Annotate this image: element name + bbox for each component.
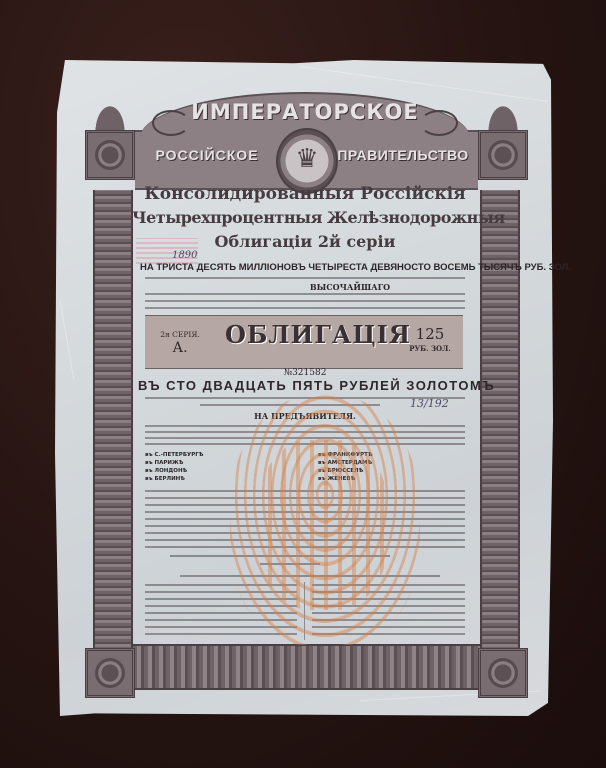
denomination-unit: РУБ. ЗОЛ. [400, 344, 460, 353]
payment-city: въ БЕРЛИНѢ [145, 476, 185, 482]
fine-print-line [145, 293, 465, 295]
left-finial-ornament [93, 102, 127, 132]
series-label: 2я СЕРІЯ. [150, 330, 210, 339]
double-headed-eagle-icon: ♛ [278, 144, 336, 174]
payment-city: въ ПАРИЖѢ [145, 460, 183, 466]
left-ornamental-border [93, 190, 133, 690]
issue-total-text: НА ТРИСТА ДЕСЯТЬ МИЛЛІОНОВЪ ЧЕТЫРЕСТА ДЕ… [140, 262, 470, 273]
corner-rosette-icon [478, 130, 528, 180]
handwritten-note: 13/192 [410, 397, 449, 410]
amount-in-words: ВЪ СТО ДВАДЦАТЬ ПЯТЬ РУБЛЕЙ ЗОЛОТОМЪ [138, 378, 472, 393]
bond-title: ОБЛИГАЦІЯ [225, 320, 385, 349]
bottom-ornamental-border [133, 644, 480, 690]
corner-rosette-icon [85, 648, 135, 698]
title-consolidated: Консолидированныя Россійскія [140, 184, 470, 204]
denomination-value: 125 [400, 325, 460, 343]
authority-text: ВЫСОЧАЙШАГО [290, 282, 410, 292]
right-finial-ornament [486, 102, 520, 132]
fine-print-line [145, 300, 465, 302]
header-line-russian: РОССІЙСКОЕ [140, 147, 274, 163]
corner-rosette-icon [85, 130, 135, 180]
payment-city: въ С.-ПЕТЕРБУРГѢ [145, 452, 203, 458]
title-second-series: Облигаціи 2й серіи [160, 232, 450, 251]
title-railway-bonds: Четырехпроцентныя Желѣзнодорожныя [132, 208, 478, 227]
orange-underprint-monogram [258, 440, 388, 610]
series-letter: А. [150, 340, 210, 356]
fine-print-line [145, 307, 465, 309]
handwritten-note: 1890 [172, 250, 197, 261]
payment-city: въ ЛОНДОНѢ [145, 468, 187, 474]
fine-print-line [145, 277, 465, 279]
header-line-imperial: ИМПЕРАТОРСКОЕ [170, 100, 440, 124]
corner-rosette-icon [478, 648, 528, 698]
serial-number: №321582 [260, 368, 350, 378]
header-line-government: ПРАВИТЕЛЬСТВО [336, 147, 470, 163]
